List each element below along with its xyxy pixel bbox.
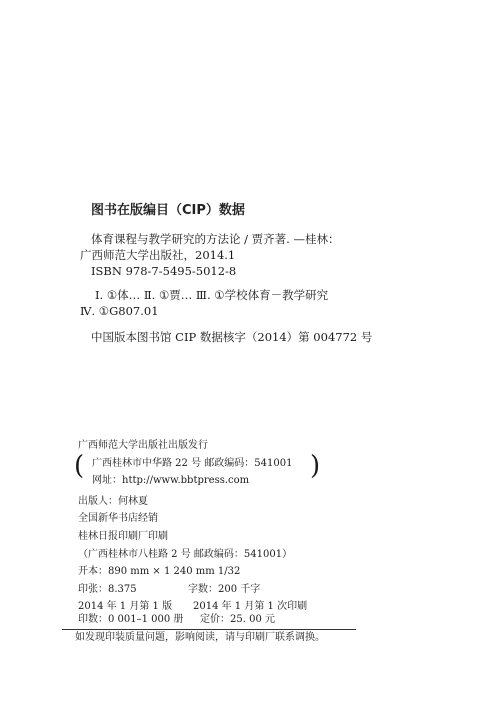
word-count: 字数：200 千字 [188, 584, 260, 596]
printer: 桂林日报印刷厂印刷 [78, 531, 168, 543]
printing: 2014 年 1 月第 1 次印刷 [193, 601, 307, 613]
publisher-website: 网址：http://www.bbtpress.com [92, 475, 249, 487]
cip-heading: 图书在版编目（CIP）数据 [91, 199, 245, 218]
publisher-person: 出版人：何林夏 [78, 496, 148, 508]
divider-rule [62, 629, 356, 630]
distributor: 全国新华书店经销 [78, 513, 158, 525]
cip-data-number: 中国版本图书馆 CIP 数据核字（2014）第 004772 号 [91, 330, 372, 344]
book-format: 开本：890 mm × 1 240 mm 1/32 [78, 566, 240, 578]
cip-title-line-1: 体育课程与教学研究的方法论 / 贾齐著. —桂林： [91, 232, 340, 246]
publisher-address: 广西桂林市中华路 22 号 邮政编码：541001 [92, 458, 292, 470]
quality-notice: 如发现印装质量问题，影响阅读，请与印刷厂联系调换。 [75, 632, 325, 644]
cip-title-line-2: 广西师范大学出版社，2014.1 [80, 248, 235, 262]
cip-classification-line-1: Ⅰ. ①体… Ⅱ. ①贾… Ⅲ. ①学校体育－教学研究 [95, 288, 328, 302]
print-run: 印数：0 001–1 000 册 [78, 614, 183, 626]
left-parenthesis: ( [74, 451, 84, 481]
print-sheets: 印张：8.375 [78, 584, 137, 596]
cip-isbn: ISBN 978-7-5495-5012-8 [91, 264, 236, 278]
printer-address: （广西桂林市八桂路 2 号 邮政编码：541001） [78, 549, 292, 561]
publisher-line: 广西师范大学出版社出版发行 [78, 440, 208, 452]
price: 定价：25. 00 元 [200, 614, 275, 626]
cip-classification-line-2: Ⅳ. ①G807.01 [80, 304, 159, 318]
edition: 2014 年 1 月第 1 版 [78, 601, 172, 613]
right-parenthesis: ) [310, 451, 320, 481]
